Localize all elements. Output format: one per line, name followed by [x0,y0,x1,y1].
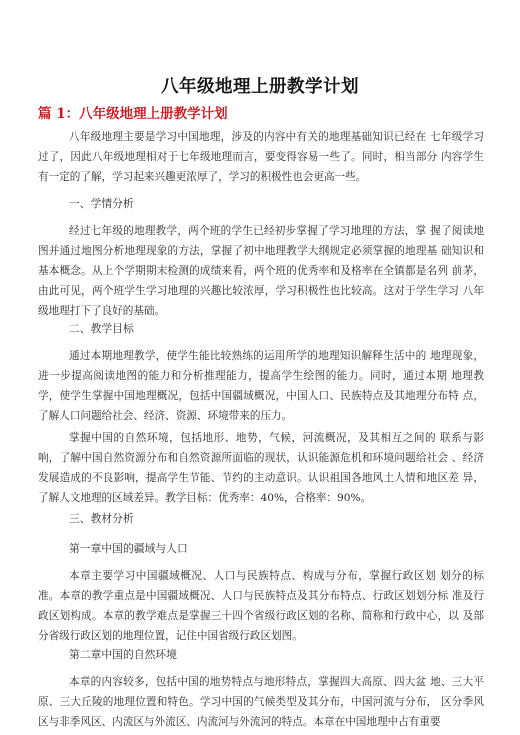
section-heading-teaching-goals: 二、教学目标 [69,321,134,336]
document-page: 八年级地理上册教学计划 篇 1：八年级地理上册教学计划 八年级地理主要是学习中国… [0,0,520,735]
document-title: 八年级地理上册教学计划 [0,73,520,98]
chapter-1-paragraph: 本章主要学习中国疆域概况、人口与民族特点、构成与分布，掌握行政区划 划分的标准。… [38,566,484,646]
chapter-2-paragraph: 本章的内容较多，包括中国的地势特点与地形特点，掌握四大高原、四大盆 地、三大平原… [38,672,484,732]
section-heading-textbook-analysis: 三、教材分析 [69,511,134,526]
chapter-heading-1: 第一章中国的疆域与人口 [69,541,188,556]
chapter-heading-2: 第二章中国的自然环境 [69,647,177,662]
student-analysis-paragraph: 经过七年级的地理教学，两个班的学生已经初步掌握了学习地理的方法，掌 握了阅读地图… [38,221,484,321]
intro-paragraph: 八年级地理主要是学习中国地理，涉及的内容中有关的地理基础知识已经在 七年级学习过… [38,127,484,187]
teaching-goals-paragraph-2: 掌握中国的自然环境，包括地形、地势，气候，河流概况，及其相互之间的 联系与影响，… [38,428,484,508]
teaching-goals-paragraph-1: 通过本期地理教学，使学生能比较熟练的运用所学的地理知识解释生活中的 地理现象，进… [38,346,484,426]
document-subtitle: 篇 1：八年级地理上册教学计划 [38,102,228,122]
section-heading-student-analysis: 一、学情分析 [69,196,134,211]
